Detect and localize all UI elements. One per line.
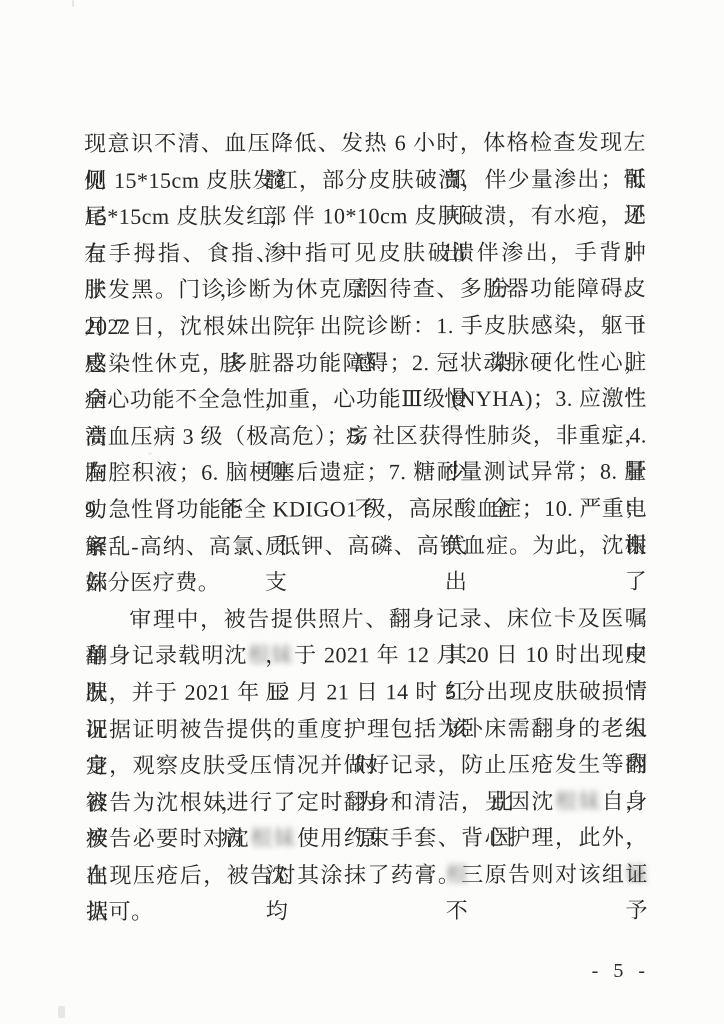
text-line: 全心功能不全急性加重，心功能Ⅲ级 (NYHA)；3. 应激性溃疡；4. [85,381,647,419]
text-line: 紊乱-高纳、高氯、低钾、高磷、高镁血症。为此，沈根妹支出了 [85,527,647,565]
text-line: 高血压病 3 级（极高危）；5. 社区获得性肺炎，非重症，左侧少量 [85,417,647,455]
text-line: 15*15cm 皮肤发红，伴 10*10cm 皮肤破溃，有水疱，还有渗出； [84,198,646,236]
scan-artifact [72,0,74,7]
text-line: 胸腔积液；6. 脑梗塞后遗症；7. 糖耐量测试异常；8. 肝功能不全； [85,454,647,492]
text-line: 左手拇指、食指、中指可见皮肤破溃伴渗出，手背肿胀，部分皮 [84,234,646,272]
text-line: 证据证明被告提供的重度护理包括为卧床需翻身的老人定时翻 [86,710,648,748]
text-line: 审理中，被告提供照片、翻身记录、床位卡及医嘱单，其中 [85,600,647,638]
text-line: 况，并于 2021 年 12 月 21 日 14 时 5 分出现皮肤破损情况，该… [85,673,647,711]
document-body: 现意识不清、血压降低、发热 6 小时，体格检查发现左侧髋部可见 15*15cm … [84,125,648,932]
text-segment: 被告必要时对沈 [86,826,250,851]
redacted-name: 根妹 [250,826,297,851]
text-line: 感染性休克，多脏器功能障碍；2. 冠状动脉硬化性心脏病，慢性 [85,344,647,382]
redacted-name: 根妹 [555,788,602,813]
text-line: 9. 急性肾功能不全 KDIGO1 级，高尿酸血症；10. 严重电解质代谢 [85,490,647,528]
text-line: 现意识不清、血压降低、发热 6 小时，体格检查发现左侧髋部可 [84,125,646,163]
scanned-document-page: 现意识不清、血压降低、发热 6 小时，体格检查发现左侧髋部可见 15*15cm … [0,0,724,1024]
text-line: 身，观察皮肤受压情况并做好记录，防止压疮发生等内容，为此， [86,747,648,785]
text-segment: 被告为沈根妹进行了定时翻身和清洁，另因沈 [86,788,555,814]
text-line: 月 7 日，沈根妹出院，出院诊断：1. 手皮肤感染，躯干皮肤感染， [84,307,646,345]
text-line: 被告必要时对沈根妹使用约束手套、背心护理，此外，在沈根妹 [86,820,648,858]
page-number: - 5 - [592,960,650,983]
text-segment: 认可。 [86,899,154,924]
text-segment: 翻身记录载明沈 [85,643,247,668]
scan-artifact [58,1006,65,1018]
text-line: 翻身记录载明沈根妹于 2021 年 12 月 20 日 10 时出现皮肤压红情 [85,637,647,675]
text-line: 被告为沈根妹进行了定时翻身和清洁，另因沈根妹自身疾病原因， [86,783,648,821]
text-segment: 部分医疗费。 [85,570,220,595]
text-line: 见 15*15cm 皮肤发红，部分皮肤破溃，伴少量渗出；骶尾部可见 [84,161,646,199]
redacted-name: 根妹 [446,861,648,887]
text-line: 肤发黑。门诊诊断为休克原因待查、多脏器功能障碍。2022 年 1 [84,271,646,309]
redacted-name: 根妹 [248,643,294,668]
